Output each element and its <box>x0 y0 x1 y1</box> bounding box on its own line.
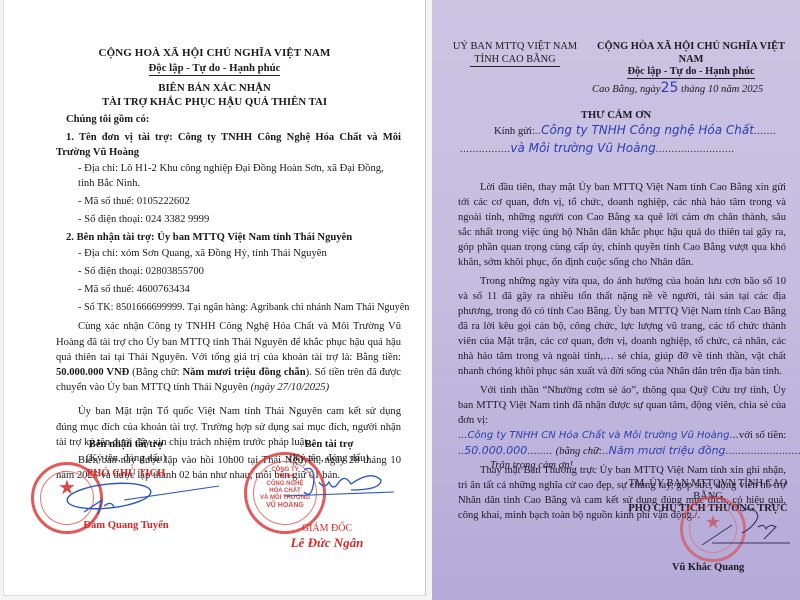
motto: Độc lập - Tự do - Hạnh phúc <box>149 62 281 76</box>
amount-line: ..50.000.000........ (bằng chữ:..Năm mươ… <box>458 443 786 459</box>
confirmation-paragraph: Cùng xác nhận Công ty TNHH Công Nghệ Hóa… <box>56 319 401 395</box>
nation-title: CỘNG HÒA XÃ HỘI CHỦ NGHĨA VIỆT NAM <box>586 41 796 66</box>
document-title: BIÊN BẢN XÁC NHẬN TÀI TRỢ KHẮC PHỤC HẬU … <box>4 82 425 109</box>
handwritten-signature-left <box>64 478 224 528</box>
intro: Chúng tôi gồm có: <box>56 112 401 127</box>
transfer-date: (ngày 27/10/2025) <box>251 382 330 393</box>
amount-words: Năm mươi triệu đồng chẵn <box>182 367 305 378</box>
motto: Độc lập - Tự do - Hạnh phúc <box>627 66 754 79</box>
amount: 50.000.000 VNĐ <box>56 367 129 378</box>
right-document-thank-you-letter: UỶ BAN MTTQ VIỆT NAM TỈNH CAO BẰNG CỘNG … <box>432 0 800 600</box>
paragraph-3: Với tinh thần “Nhường cơm sẻ áo”, thông … <box>458 383 786 428</box>
closing: Trân trọng cảm ơn! <box>490 458 573 473</box>
recipient-address: - Địa chỉ: xóm Sơn Quang, xã Đồng Hỷ, tỉ… <box>56 246 401 261</box>
sig-position: GIÁM ĐỐC <box>272 522 382 536</box>
letter-body: Lời đầu tiên, thay mặt Ủy ban MTTQ Việt … <box>458 180 786 527</box>
left-document-confirmation: CỘNG HOÀ XÃ HỘI CHỦ NGHĨA VIỆT NAM Độc l… <box>3 0 426 596</box>
handwritten-signature-right <box>274 462 404 512</box>
signer-name: Vũ Khắc Quang <box>672 560 744 575</box>
handwritten-recipient-1: Công ty TNHH Công nghệ Hóa Chất <box>541 123 754 137</box>
donor-signer: GIÁM ĐỐC Lê Đức Ngân <box>272 522 382 549</box>
paragraph-1: Lời đầu tiên, thay mặt Ủy ban MTTQ Việt … <box>458 180 786 270</box>
document-body: Chúng tôi gồm có: 1. Tên đơn vị tài trợ:… <box>56 112 401 483</box>
national-header: CỘNG HOÀ XÃ HỘI CHỦ NGHĨA VIỆT NAM Độc l… <box>4 46 425 76</box>
place-date: Cao Bằng, ngày25 tháng 10 năm 2025 <box>592 81 763 97</box>
paragraph-2: Trong những ngày vừa qua, do ảnh hưởng c… <box>458 274 786 379</box>
issuing-organization: UỶ BAN MTTQ VIỆT NAM TỈNH CAO BẰNG <box>440 41 590 67</box>
handwritten-amount: 50.000.000 <box>464 444 527 457</box>
title-line-2: TÀI TRỢ KHẮC PHỤC HẬU QUẢ THIÊN TAI <box>4 96 425 110</box>
recipient-phone: - Số điện thoại: 02803855700 <box>56 264 401 279</box>
recipient-bank: - Số TK: 8501666699999. Tại ngân hàng: A… <box>56 300 401 315</box>
donor-tax-code: - Mã số thuế: 0105222602 <box>56 194 401 209</box>
org-line-1: UỶ BAN MTTQ VIỆT NAM <box>440 41 590 54</box>
title-line-1: BIÊN BẢN XÁC NHẬN <box>4 82 425 96</box>
recipient-tax-code: - Mã số thuế: 4600763434 <box>56 282 401 297</box>
national-header: CỘNG HÒA XÃ HỘI CHỦ NGHĨA VIỆT NAM Độc l… <box>586 41 796 79</box>
donor-address: - Địa chỉ: Lô H1-2 Khu công nghiệp Đại Đ… <box>56 161 401 191</box>
sig-label: Bên nhận tài trợ <box>66 438 186 452</box>
signature-donor: Bên tài trợ (Ký tên, đóng dấu) <box>279 438 379 465</box>
handwritten-amount-words: Năm mươi triệu đồng <box>609 444 726 457</box>
handwritten-day: 25 <box>661 80 679 96</box>
sig-note: (Ký tên, đóng dấu) <box>66 452 186 466</box>
handwritten-signature <box>702 505 792 550</box>
letter-title: THƯ CẢM ƠN <box>432 108 800 123</box>
sig-name: Lê Đức Ngân <box>272 536 382 550</box>
handwritten-recipient-2: và Môi trường Vũ Hoàng <box>510 141 655 155</box>
donor-unit-line: ...Công ty TNHH CN Hóa Chất và Môi trườn… <box>458 428 786 443</box>
recipient-heading: 2. Bên nhận tài trợ: Ủy ban MTTQ Việt Na… <box>56 230 401 245</box>
donor-heading: 1. Tên đơn vị tài trợ: Công ty TNHH Công… <box>34 130 401 160</box>
salutation: Kính gửi:..Công ty TNHH Công nghệ Hóa Ch… <box>494 122 794 158</box>
org-line-2: TỈNH CAO BẰNG <box>470 54 559 67</box>
donor-phone: - Số điện thoại: 024 3382 9999 <box>56 212 401 227</box>
sig-label: Bên tài trợ <box>279 438 379 452</box>
nation-title: CỘNG HOÀ XÃ HỘI CHỦ NGHĨA VIỆT NAM <box>4 46 425 61</box>
